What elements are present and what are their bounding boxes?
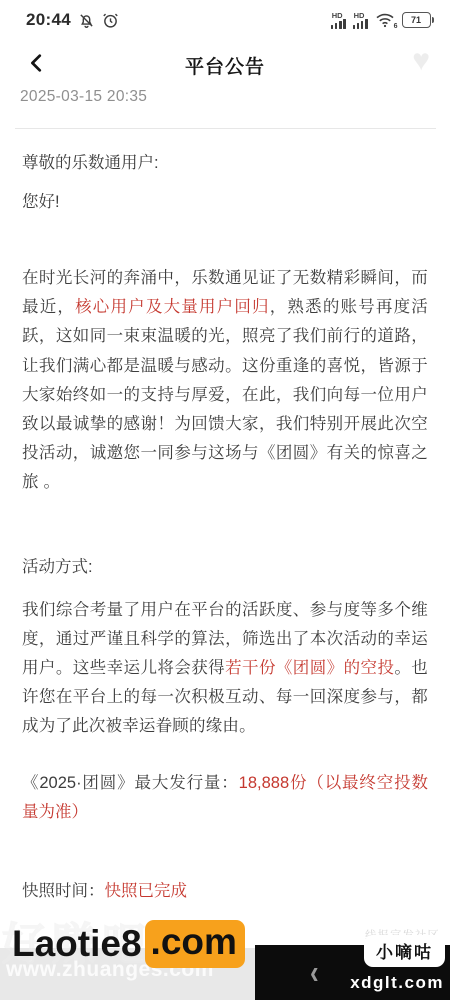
body-text: 快照时间：	[22, 882, 105, 900]
issuance-line: 《2025·团圆》最大发行量：18,888份（以最终空投数量为准）	[22, 769, 428, 827]
paragraph-intro: 在时光长河的奔涌中，乐数通见证了无数精彩瞬间，而最近，核心用户及大量用户回归，熟…	[22, 264, 428, 498]
clock-time: 20:44	[26, 10, 71, 30]
snapshot-line: 快照时间：快照已完成	[22, 880, 428, 902]
xiaodigu-bubble: 小嘀咕	[364, 935, 445, 967]
cellular-signal-icon-1: HD	[331, 12, 346, 29]
battery-percent: 71	[402, 12, 431, 28]
laotie8-logo-com-badge: .com	[145, 920, 245, 968]
highlighted-red-text: 核心用户及大量用户回归	[75, 298, 270, 316]
announcement-body: 尊敬的乐数通用户: 您好! 在时光长河的奔涌中，乐数通见证了无数精彩瞬间，而最近…	[0, 128, 450, 973]
back-button[interactable]	[22, 48, 52, 78]
hd-badge: HD	[354, 12, 365, 19]
salutation-text: 尊敬的乐数通用户:	[22, 152, 428, 174]
cellular-signal-icon-2: HD	[353, 12, 368, 29]
page-title: 平台公告	[185, 52, 265, 79]
highlighted-red-text: 快照已完成	[105, 882, 188, 900]
wifi-6-badge: 6	[394, 23, 398, 30]
announcement-screen: 20:44 HD	[0, 0, 450, 1000]
body-text: 《2025·团圆》最大发行量：	[22, 774, 239, 792]
laotie8-logo-text: Laotie8	[12, 923, 142, 965]
laotie8-watermark-logo: Laotie8 .com	[12, 920, 245, 968]
body-text: ，熟悉的账号再度活跃，这如同一束束温暖的光，照亮了我们前行的道路，让我们满心都是…	[22, 298, 428, 491]
chevron-left-icon[interactable]: ‹	[310, 952, 319, 992]
mute-icon	[78, 12, 95, 29]
paragraph-activity: 我们综合考量了用户在平台的活跃度、参与度等多个维度，通过严谨且科学的算法，筛选出…	[22, 596, 428, 742]
greeting-text: 您好!	[22, 191, 428, 213]
status-bar: 20:44 HD	[0, 0, 450, 36]
navigation-header: 平台公告 ♥	[0, 44, 450, 86]
alarm-clock-icon	[102, 12, 119, 29]
favorite-heart-icon[interactable]: ♥	[412, 46, 430, 76]
battery-icon: 71	[402, 12, 435, 28]
section-title-activity: 活动方式:	[22, 553, 428, 577]
post-date: 2025-03-15 20:35	[20, 88, 147, 106]
xdglt-site-text: xdglt.com	[350, 973, 444, 993]
wifi-icon: 6	[375, 12, 395, 28]
highlighted-red-text: 若干份《团圆》的空投	[225, 659, 394, 677]
xdglt-watermark-box: ‹ 小嘀咕 xdglt.com	[255, 945, 450, 1000]
hd-badge: HD	[332, 12, 343, 19]
